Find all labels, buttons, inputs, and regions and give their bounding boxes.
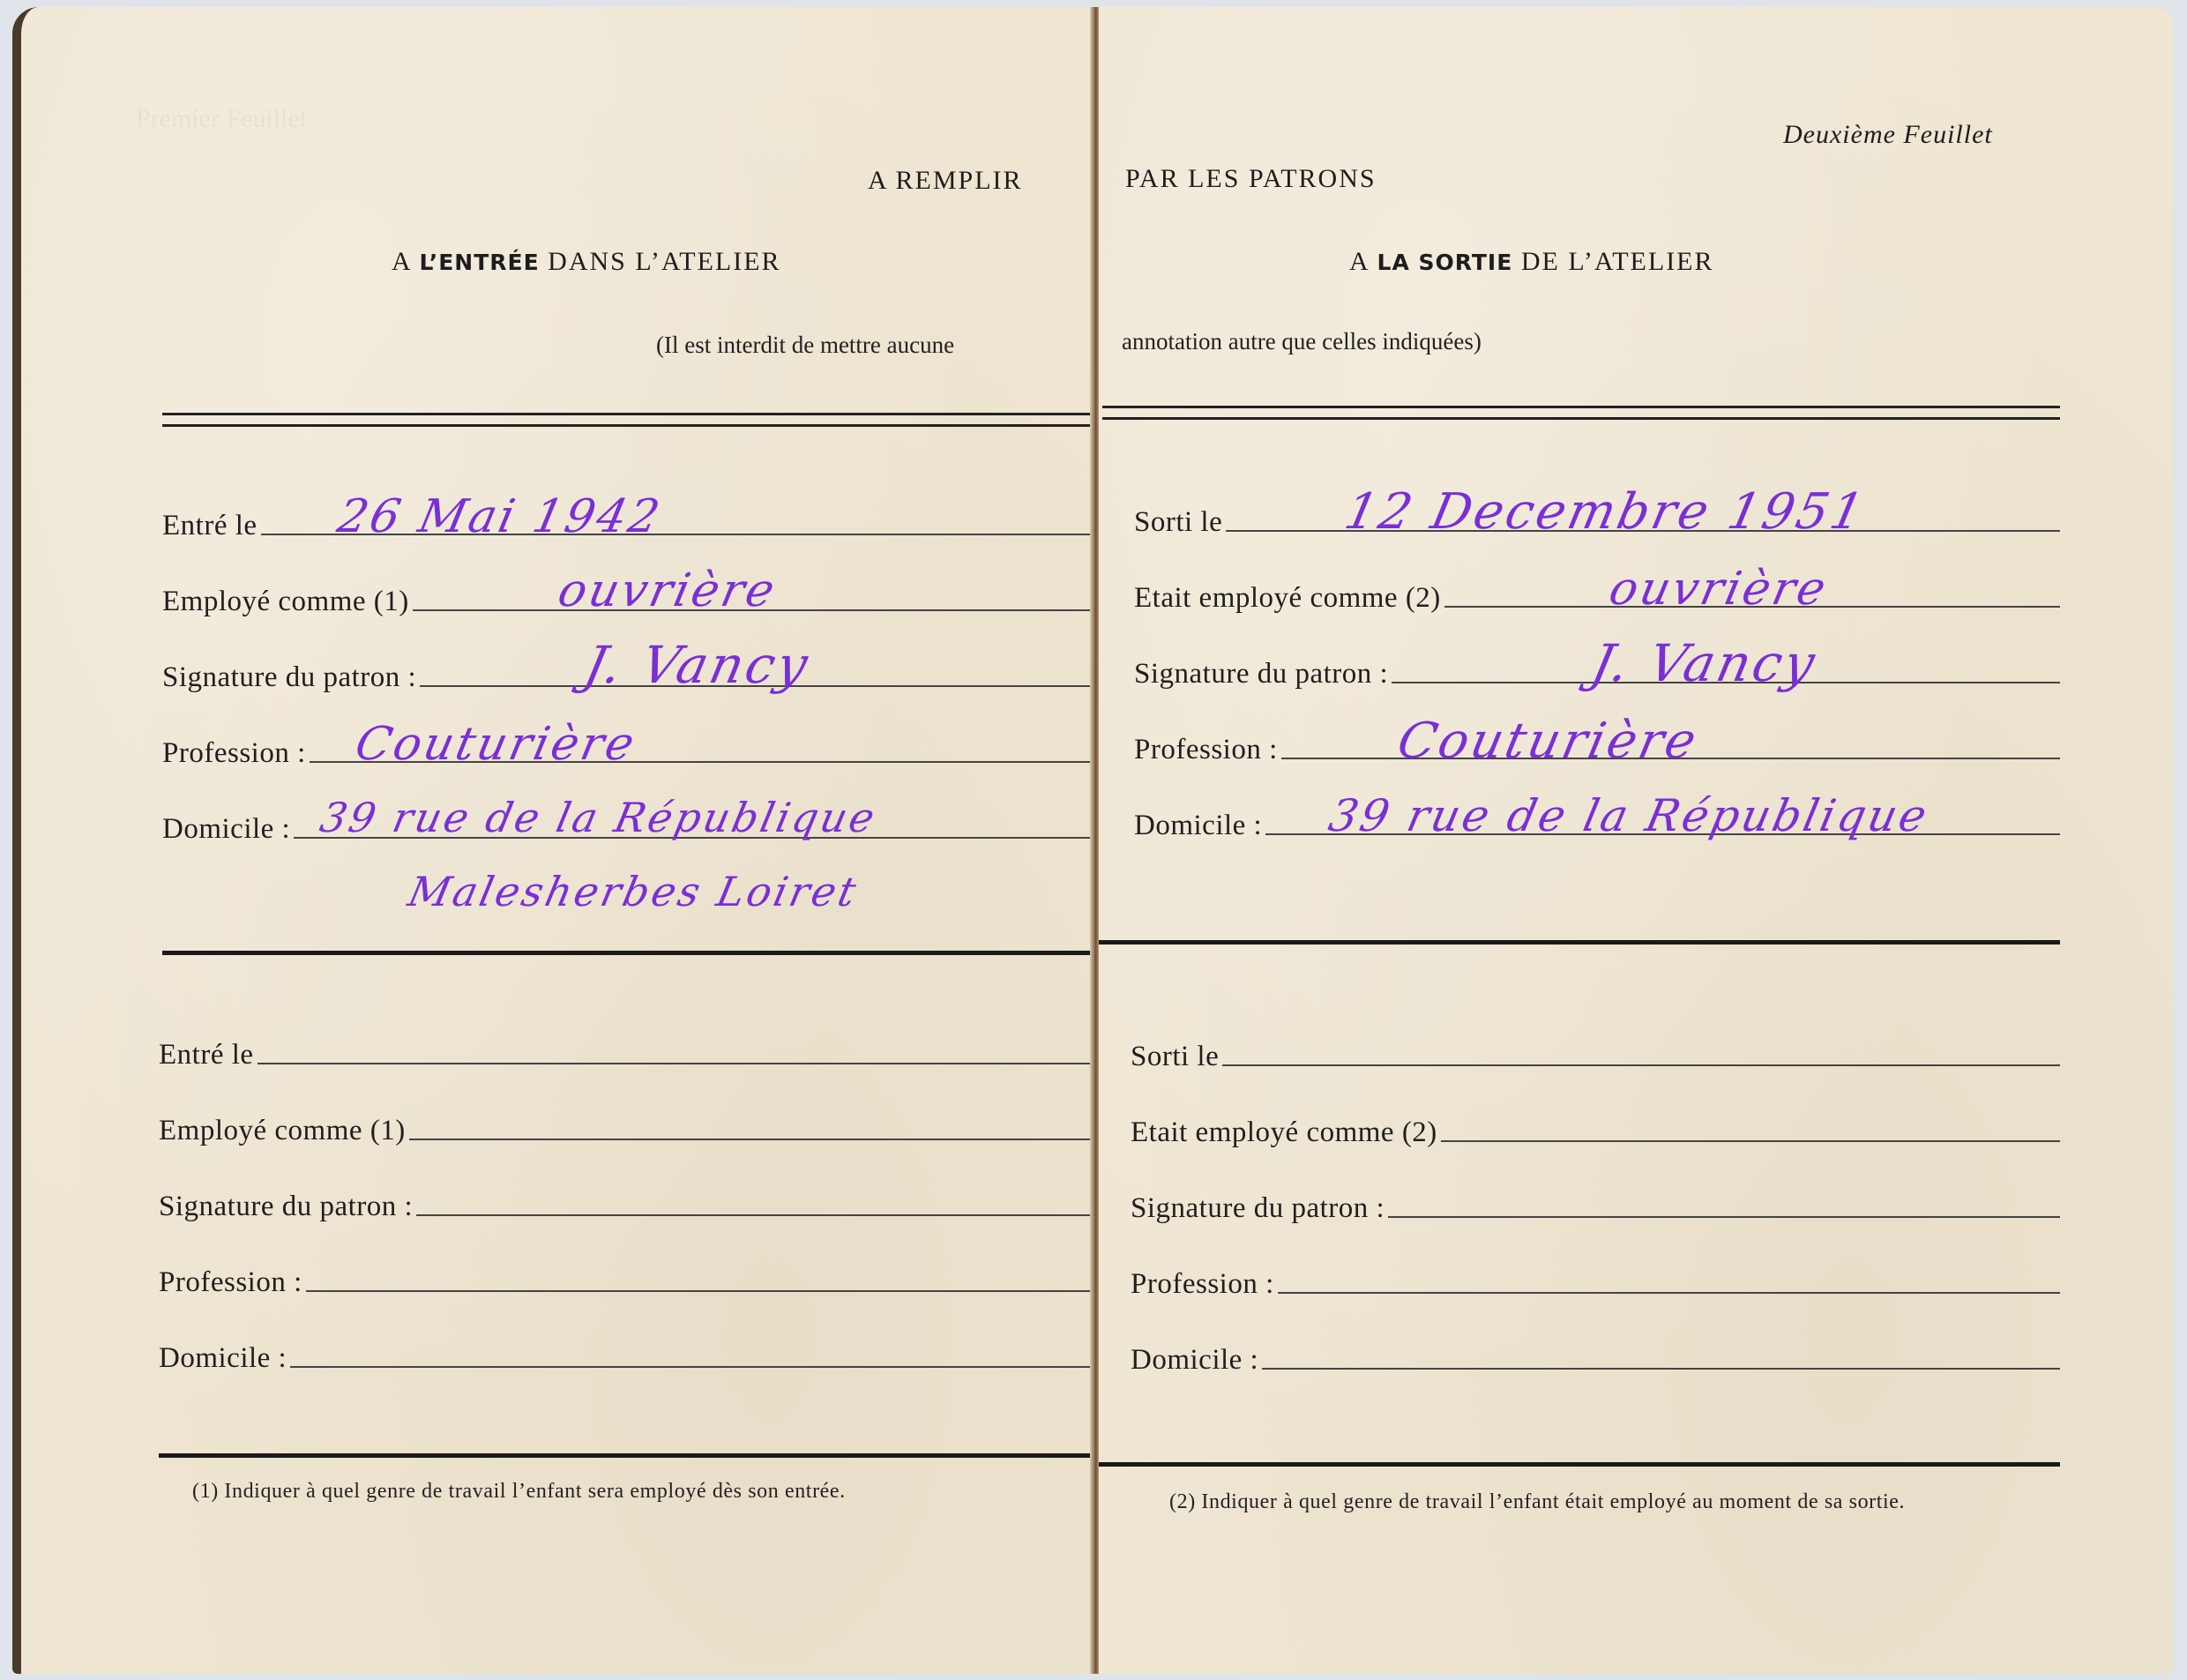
header-line3: annotation autre que celles indiquées): [1122, 328, 1482, 355]
exit1-employed-as-field[interactable]: Etait employé comme (2): [1134, 582, 2060, 615]
exit2-domicile-field[interactable]: Domicile :: [1131, 1344, 2060, 1377]
exit1-signature-value: J. Vancy: [1586, 633, 1823, 693]
left-page: Premier Feuillet A REMPLIR A L’ENTRÉE DA…: [12, 7, 1092, 1674]
header-line1: A REMPLIR: [868, 166, 1023, 196]
entry1-profession-value: Couturière: [351, 718, 642, 771]
footnote-rule: [159, 1453, 1101, 1458]
exit2-date-field[interactable]: Sorti le: [1131, 1041, 2060, 1073]
double-rule: [162, 413, 1101, 427]
entry1-signature-value: J. Vancy: [579, 635, 816, 695]
exit1-profession-value: Couturière: [1392, 713, 1704, 770]
entry1-date-value: 26 Mai 1942: [333, 490, 667, 543]
entry2-profession-field[interactable]: Profession :: [159, 1266, 1101, 1299]
footnote-rule: [1099, 1462, 2060, 1467]
exit1-date-value: 12 Decembre 1951: [1340, 483, 1871, 541]
entry2-domicile-field[interactable]: Domicile :: [159, 1342, 1101, 1375]
open-booklet: Premier Feuillet A REMPLIR A L’ENTRÉE DA…: [12, 7, 2175, 1674]
entry2-date-field[interactable]: Entré le: [159, 1039, 1101, 1071]
exit1-employed-as-value: ouvrière: [1605, 563, 1833, 616]
sheet-label: Deuxième Feuillet: [1783, 120, 1993, 150]
entry2-signature-field[interactable]: Signature du patron :: [159, 1191, 1101, 1223]
entry1-domicile-line1: 39 rue de la République: [316, 794, 881, 841]
header-emphasis: LA SORTIE: [1377, 250, 1513, 275]
header-line2: A L’ENTRÉE DANS L’ATELIER: [392, 247, 781, 277]
header-line3: (Il est interdit de mettre aucune: [656, 332, 954, 359]
section-rule: [162, 951, 1101, 955]
entry2-employed-as-field[interactable]: Employé comme (1): [159, 1115, 1101, 1147]
exit2-signature-field[interactable]: Signature du patron :: [1131, 1192, 2060, 1225]
exit2-profession-field[interactable]: Profession :: [1131, 1268, 2060, 1301]
entry1-domicile-line2: Malesherbes Loiret: [404, 868, 862, 915]
footnote-1: (1) Indiquer à quel genre de travail l’e…: [159, 1476, 1076, 1506]
section-rule: [1099, 940, 2060, 945]
entry1-employed-as-value: ouvrière: [554, 564, 782, 617]
header-line1: PAR LES PATRONS: [1125, 164, 1377, 194]
footnote-2: (2) Indiquer à quel genre de travail l’e…: [1131, 1487, 2060, 1517]
exit1-domicile-value: 39 rue de la République: [1325, 790, 1934, 841]
header-line2: A LA SORTIE DE L’ATELIER: [1349, 247, 1714, 277]
show-through-text: Premier Feuillet: [136, 104, 307, 134]
double-rule: [1102, 406, 2060, 420]
header-emphasis: L’ENTRÉE: [420, 250, 540, 275]
exit2-employed-as-field[interactable]: Etait employé comme (2): [1131, 1116, 2060, 1149]
right-page: Deuxième Feuillet PAR LES PATRONS A LA S…: [1099, 7, 2173, 1674]
